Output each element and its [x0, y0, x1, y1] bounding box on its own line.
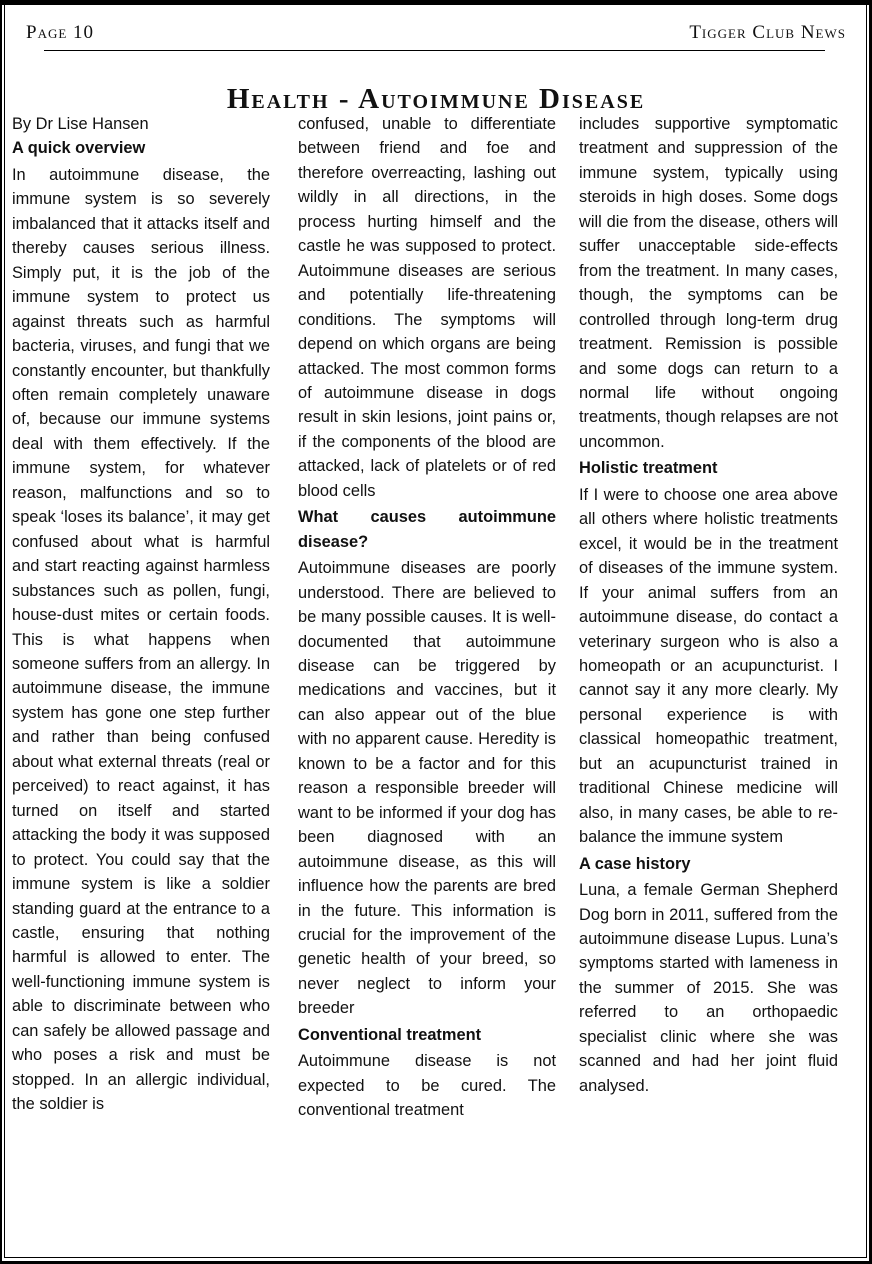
page-border-right-inner [866, 5, 867, 1257]
publication-name: Tigger Club News [689, 22, 846, 44]
section-body-causes: Autoimmune diseases are poorly understoo… [298, 556, 556, 1021]
section-body-case-history: Luna, a female German Shepherd Dog born … [579, 878, 838, 1098]
section-body-overview: In autoimmune disease, the immune system… [12, 163, 270, 1117]
page-border-bottom-inner [4, 1257, 867, 1258]
article-column-1: By Dr Lise Hansen A quick overview In au… [12, 112, 270, 1117]
section-body-conventional-continued: includes supportive symptomatic treatmen… [579, 112, 838, 454]
section-heading-conventional: Conventional treatment [298, 1023, 556, 1047]
page-border-top [0, 0, 872, 5]
newsletter-page: Page 10 Tigger Club News Health - Autoim… [0, 0, 872, 1264]
section-heading-causes: What causes autoimmune disease? [298, 505, 556, 554]
section-body-overview-continued: confused, unable to differentiate betwee… [298, 112, 556, 503]
article-column-2: confused, unable to differentiate betwee… [298, 112, 556, 1123]
page-number: Page 10 [26, 22, 94, 44]
section-heading-overview: A quick overview [12, 136, 270, 160]
section-heading-case-history: A case history [579, 852, 838, 876]
header-rule [44, 50, 825, 51]
article-column-3: includes supportive symptomatic treatmen… [579, 112, 838, 1098]
running-head: Page 10 Tigger Club News [26, 22, 846, 44]
page-border-left-inner [4, 5, 5, 1257]
section-body-holistic: If I were to choose one area above all o… [579, 483, 838, 850]
section-body-conventional: Autoimmune disease is not expected to be… [298, 1049, 556, 1122]
page-border-left [0, 0, 2, 1264]
section-heading-holistic: Holistic treatment [579, 456, 838, 480]
byline: By Dr Lise Hansen [12, 112, 270, 136]
